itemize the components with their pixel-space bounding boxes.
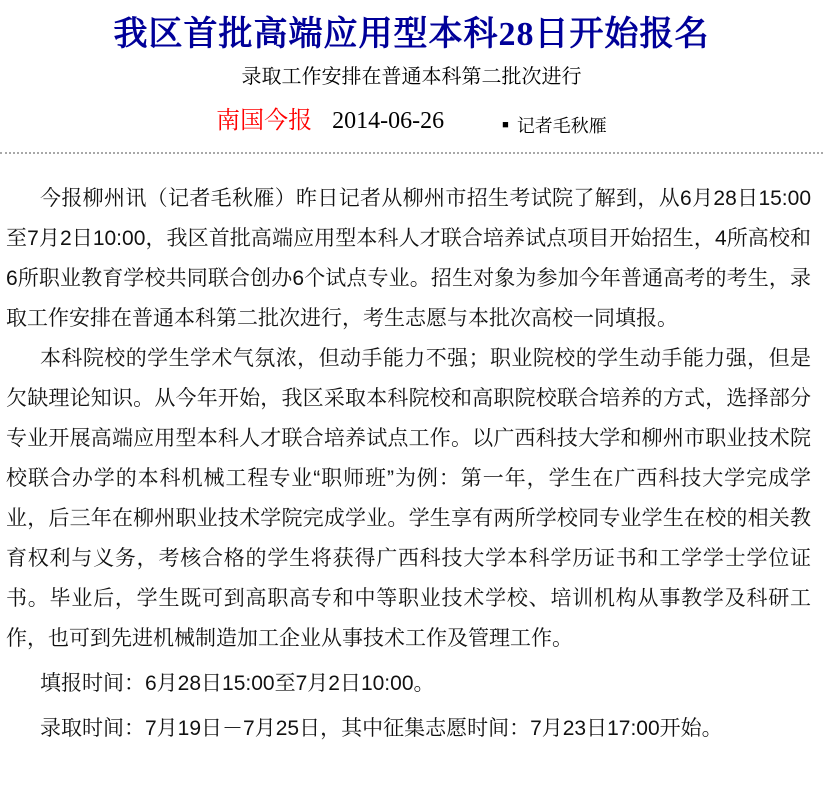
reporter-name: 记者毛秋雁	[517, 112, 607, 138]
article-subtitle: 录取工作安排在普通本科第二批次进行	[0, 65, 823, 90]
article-paragraph-admission-time: 录取时间：7月19日－7月25日，其中征集志愿时间：7月23日17:00开始。	[6, 709, 811, 749]
article-paragraph-intro: 今报柳州讯（记者毛秋雁）昨日记者从柳州市招生考试院了解到，从6月28日15:00…	[6, 179, 811, 339]
source-name: 南国今报	[216, 100, 312, 135]
article-title: 我区首批高端应用型本科28日开始报名	[30, 14, 793, 57]
square-bullet-icon: ■	[502, 120, 509, 131]
article-paragraph-details: 本科院校的学生学术气氛浓，但动手能力不强；职业院校的学生动手能力强，但是欠缺理论…	[6, 339, 811, 659]
article-header: 我区首批高端应用型本科28日开始报名 录取工作安排在普通本科第二批次进行 南国今…	[0, 14, 823, 138]
article-paragraph-filing-time: 填报时间：6月28日15:00至7月2日10:00。	[6, 664, 811, 704]
reporter-byline: ■ 记者毛秋雁	[502, 112, 607, 138]
article-date: 2014-06-26	[332, 108, 444, 135]
article-meta: 南国今报 2014-06-26 ■ 记者毛秋雁	[0, 100, 823, 139]
article-page: 我区首批高端应用型本科28日开始报名 录取工作安排在普通本科第二批次进行 南国今…	[0, 0, 823, 797]
article-body: 今报柳州讯（记者毛秋雁）昨日记者从柳州市招生考试院了解到，从6月28日15:00…	[0, 154, 823, 769]
